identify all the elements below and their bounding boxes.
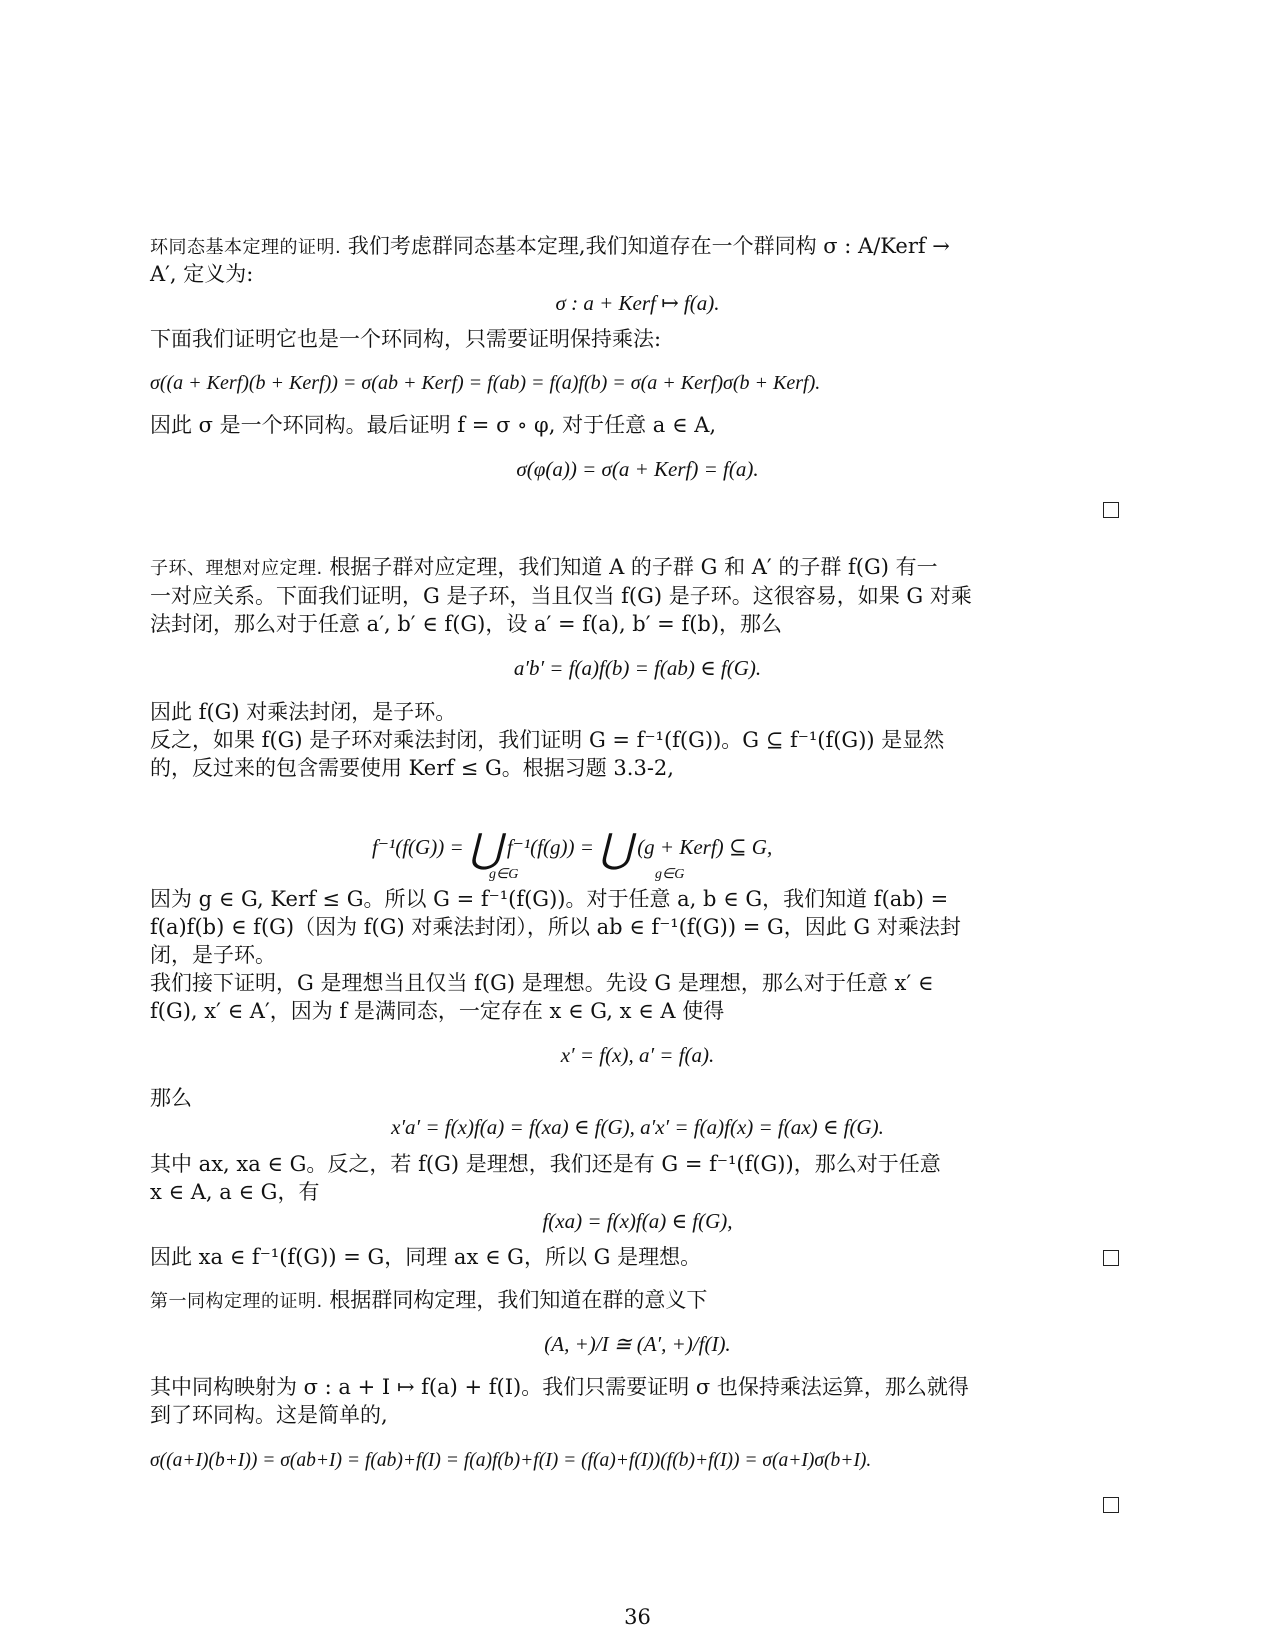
union-subscript: g∈G <box>489 866 518 883</box>
proof-1-line-2: A′, 定义为: <box>150 260 253 288</box>
qed-box-icon <box>1103 1497 1119 1513</box>
paragraph-line: 一对应关系。下面我们证明，G 是子环，当且仅当 f(G) 是子环。这很容易，如果… <box>150 582 972 610</box>
paragraph-line: 其中 ax, xa ∈ G。反之，若 f(G) 是理想，我们还是有 G = f⁻… <box>150 1150 941 1178</box>
paragraph-line: f(G), x′ ∈ A′，因为 f 是满同态，一定存在 x ∈ G, x ∈ … <box>150 997 724 1025</box>
paragraph-line: 其中同构映射为 σ : a + I ↦ f(a) + f(I)。我们只需要证明 … <box>150 1373 969 1401</box>
paragraph-line: 法封闭，那么对于任意 a′, b′ ∈ f(G)，设 a′ = f(a), b′… <box>150 610 782 638</box>
proof-heading: 第一同构定理的证明. <box>150 1291 323 1312</box>
equation: x′a′ = f(x)f(a) = f(xa) ∈ f(G), a′x′ = f… <box>0 1113 1275 1141</box>
qed-box-icon <box>1103 1250 1119 1266</box>
equation: σ(φ(a)) = σ(a + Kerf) = f(a). <box>0 455 1275 483</box>
proof-heading: 环同态基本定理的证明. <box>150 237 341 258</box>
paragraph-line: 我们接下证明，G 是理想当且仅当 f(G) 是理想。先设 G 是理想，那么对于任… <box>150 969 933 997</box>
equation: a′b′ = f(a)f(b) = f(ab) ∈ f(G). <box>0 654 1275 682</box>
equation: (A, +)/I ≅ (A′, +)/f(I). <box>0 1330 1275 1358</box>
paragraph-line: 那么 <box>150 1084 192 1112</box>
paragraph-line: x ∈ A, a ∈ G，有 <box>150 1178 319 1206</box>
proof-1-line-1: 环同态基本定理的证明. 我们考虑群同态基本定理,我们知道存在一个群同构 σ : … <box>150 232 950 262</box>
paragraph-line: 反之，如果 f(G) 是子环对乘法封闭，我们证明 G = f⁻¹(f(G))。G… <box>150 726 944 754</box>
proof-3-line-1: 第一同构定理的证明. 根据群同构定理，我们知道在群的意义下 <box>150 1286 707 1316</box>
document-page: 环同态基本定理的证明. 我们考虑群同态基本定理,我们知道存在一个群同构 σ : … <box>0 0 1275 1650</box>
paragraph-line: 下面我们证明它也是一个环同构，只需要证明保持乘法: <box>150 325 661 353</box>
paragraph-line: f(a)f(b) ∈ f(G)（因为 f(G) 对乘法封闭），所以 ab ∈ f… <box>150 913 961 941</box>
equation: x′ = f(x), a′ = f(a). <box>0 1041 1275 1069</box>
page-number: 36 <box>0 1605 1275 1629</box>
proof-2-line-1: 子环、理想对应定理. 根据子群对应定理，我们知道 A 的子群 G 和 A′ 的子… <box>150 553 938 583</box>
paragraph-line: 闭，是子环。 <box>150 941 276 969</box>
paragraph-line: 因为 g ∈ G, Kerf ≤ G。所以 G = f⁻¹(f(G))。对于任意… <box>150 885 948 913</box>
paragraph-line: 因此 f(G) 对乘法封闭，是子环。 <box>150 698 456 726</box>
equation: f(xa) = f(x)f(a) ∈ f(G), <box>0 1207 1275 1235</box>
qed-box-icon <box>1103 502 1119 518</box>
equation: σ((a + Kerf)(b + Kerf)) = σ(ab + Kerf) =… <box>150 369 820 397</box>
paragraph-line: 因此 xa ∈ f⁻¹(f(G)) = G，同理 ax ∈ G，所以 G 是理想… <box>150 1243 701 1271</box>
union-subscript: g∈G <box>655 866 684 883</box>
paragraph-line: 的，反过来的包含需要使用 Kerf ≤ G。根据习题 3.3-2, <box>150 754 674 782</box>
equation: σ : a + Kerf ↦ f(a). <box>0 289 1275 317</box>
equation: σ((a+I)(b+I)) = σ(ab+I) = f(ab)+f(I) = f… <box>150 1447 871 1475</box>
proof-heading: 子环、理想对应定理. <box>150 558 323 579</box>
big-union-symbol: ⋃ <box>599 826 632 872</box>
paragraph-line: 到了环同构。这是简单的, <box>150 1401 388 1429</box>
paragraph-line: 因此 σ 是一个环同构。最后证明 f = σ ∘ φ, 对于任意 a ∈ A, <box>150 411 716 439</box>
